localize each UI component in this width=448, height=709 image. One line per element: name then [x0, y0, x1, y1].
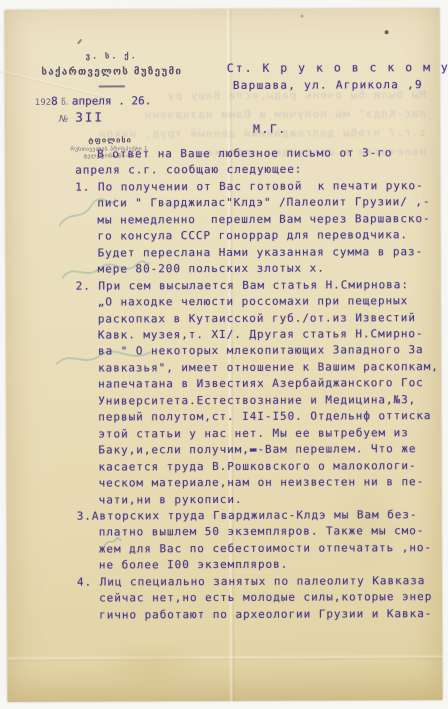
typed-line: касается труда В.Рошковского о малоколог… [76, 458, 446, 476]
bleedthrough-text: Мы были бы очень рады,если Вашу рулас-Кл… [4, 8, 425, 10]
typed-line: ва " О некоторых млекопитающих Западного… [76, 342, 446, 360]
typed-line: Баку,и,если получим,▬-Вам перешлем. Что … [76, 441, 446, 459]
typed-line: Кавк. музея,т. XI/. Другая статья Н.Смир… [76, 326, 446, 344]
typed-line: 1. По получении от Вас готовой к печати … [75, 178, 445, 196]
letter-paper: Мы были бы очень рады,если Вашу рулас-Кл… [4, 8, 442, 702]
typed-line: платно вышлем 50 экземпляров. Также мы с… [77, 523, 447, 541]
typed-line: напечатана в Известиях Азербайджанского … [76, 375, 446, 393]
number-value: 3II [75, 110, 104, 125]
typed-line: сейчас нет,но есть молодые силы,которые … [77, 589, 447, 607]
typed-line: 3.Авторских труда Гварджилас-Клдэ мы Вам… [77, 507, 447, 525]
typed-line: чати,ни в рукописи. [77, 491, 447, 509]
typed-line: мере 80-200 польских злотых х. [76, 260, 446, 278]
typed-line: „О находке челюсти россомахи при пещерны… [76, 293, 446, 311]
typed-line: не более I00 экземпляров. [77, 556, 447, 574]
typed-line: раскопках в Кутаисской губ./от.из Извест… [76, 310, 446, 328]
date-typed-year: 8 [51, 95, 58, 108]
typed-line: Университета.Естествознание и Медицина,№… [76, 392, 446, 410]
typed-line: 2. При сем высылается Вам статья Н.Смирн… [76, 277, 446, 295]
bleedthrough-line: лас-Клдэ" мы получим и Вами назначенн [144, 107, 426, 121]
date-typed-rest: апреля . 26. [72, 94, 152, 107]
letterhead-rule [99, 85, 125, 89]
number-sign: № [59, 115, 68, 125]
typed-line: первый полутом,ст. I4I-I50. Отдельнф отт… [76, 408, 446, 426]
letterhead-city: ტფილისი [65, 135, 155, 144]
typed-line: жем для Вас по себестоимости отпечатать … [77, 540, 447, 558]
salutation: М.Г. [253, 122, 287, 136]
letterhead-org-name: საქართველოს მუზეუმი [27, 66, 197, 78]
typed-line: 4. Лиц специально занятых по палеолиту К… [77, 573, 447, 591]
ink-speck [385, 30, 389, 34]
typed-line: писи " Гварджилас"Клдэ" /Палеолит Грузии… [75, 194, 445, 212]
body-lines: В ответ на Ваше любезное письмо от 3-гоа… [75, 145, 447, 624]
date-printed-word: წ. [61, 98, 68, 108]
letterhead-number: №3II [59, 110, 104, 125]
typed-line: го консула СССР гоноррар для переводчика… [75, 227, 445, 245]
ink-speck [77, 39, 82, 45]
letterhead-org-initials: ვ. ს. ქ. [69, 51, 155, 60]
recipient-name: Ст. К р у к о в с к о м у [227, 60, 448, 75]
typed-line: В ответ на Ваше любезное письмо от 3-го [75, 145, 445, 163]
typed-line: апреля с.г. сообщаю следующее: [75, 161, 445, 179]
letterhead-date: 1928 წ. апреля . 26. [35, 94, 152, 108]
typed-line: гично работают по археологии Грузии и Ка… [77, 606, 447, 624]
typed-line: Будет переслана Нами указанная сумма в р… [76, 244, 446, 262]
date-printed-prefix: 192 [35, 98, 51, 108]
scanned-letter: Мы были бы очень рады,если Вашу рулас-Кл… [0, 0, 448, 709]
paper-stain [77, 629, 227, 700]
typed-line: кавказья", имеет отношение к Вашим раско… [76, 359, 446, 377]
recipient-address: Варшава, ул. Агрикола ,9 [233, 78, 423, 92]
typed-line: этой статьи у нас нет. Мы ее вытребуем и… [76, 425, 446, 443]
typed-line: мы немедленно перешлем Вам через Варшавс… [75, 211, 445, 229]
ink-speck [301, 15, 304, 18]
typed-line: ческом материале,нам он неизвестен ни в … [77, 474, 447, 492]
